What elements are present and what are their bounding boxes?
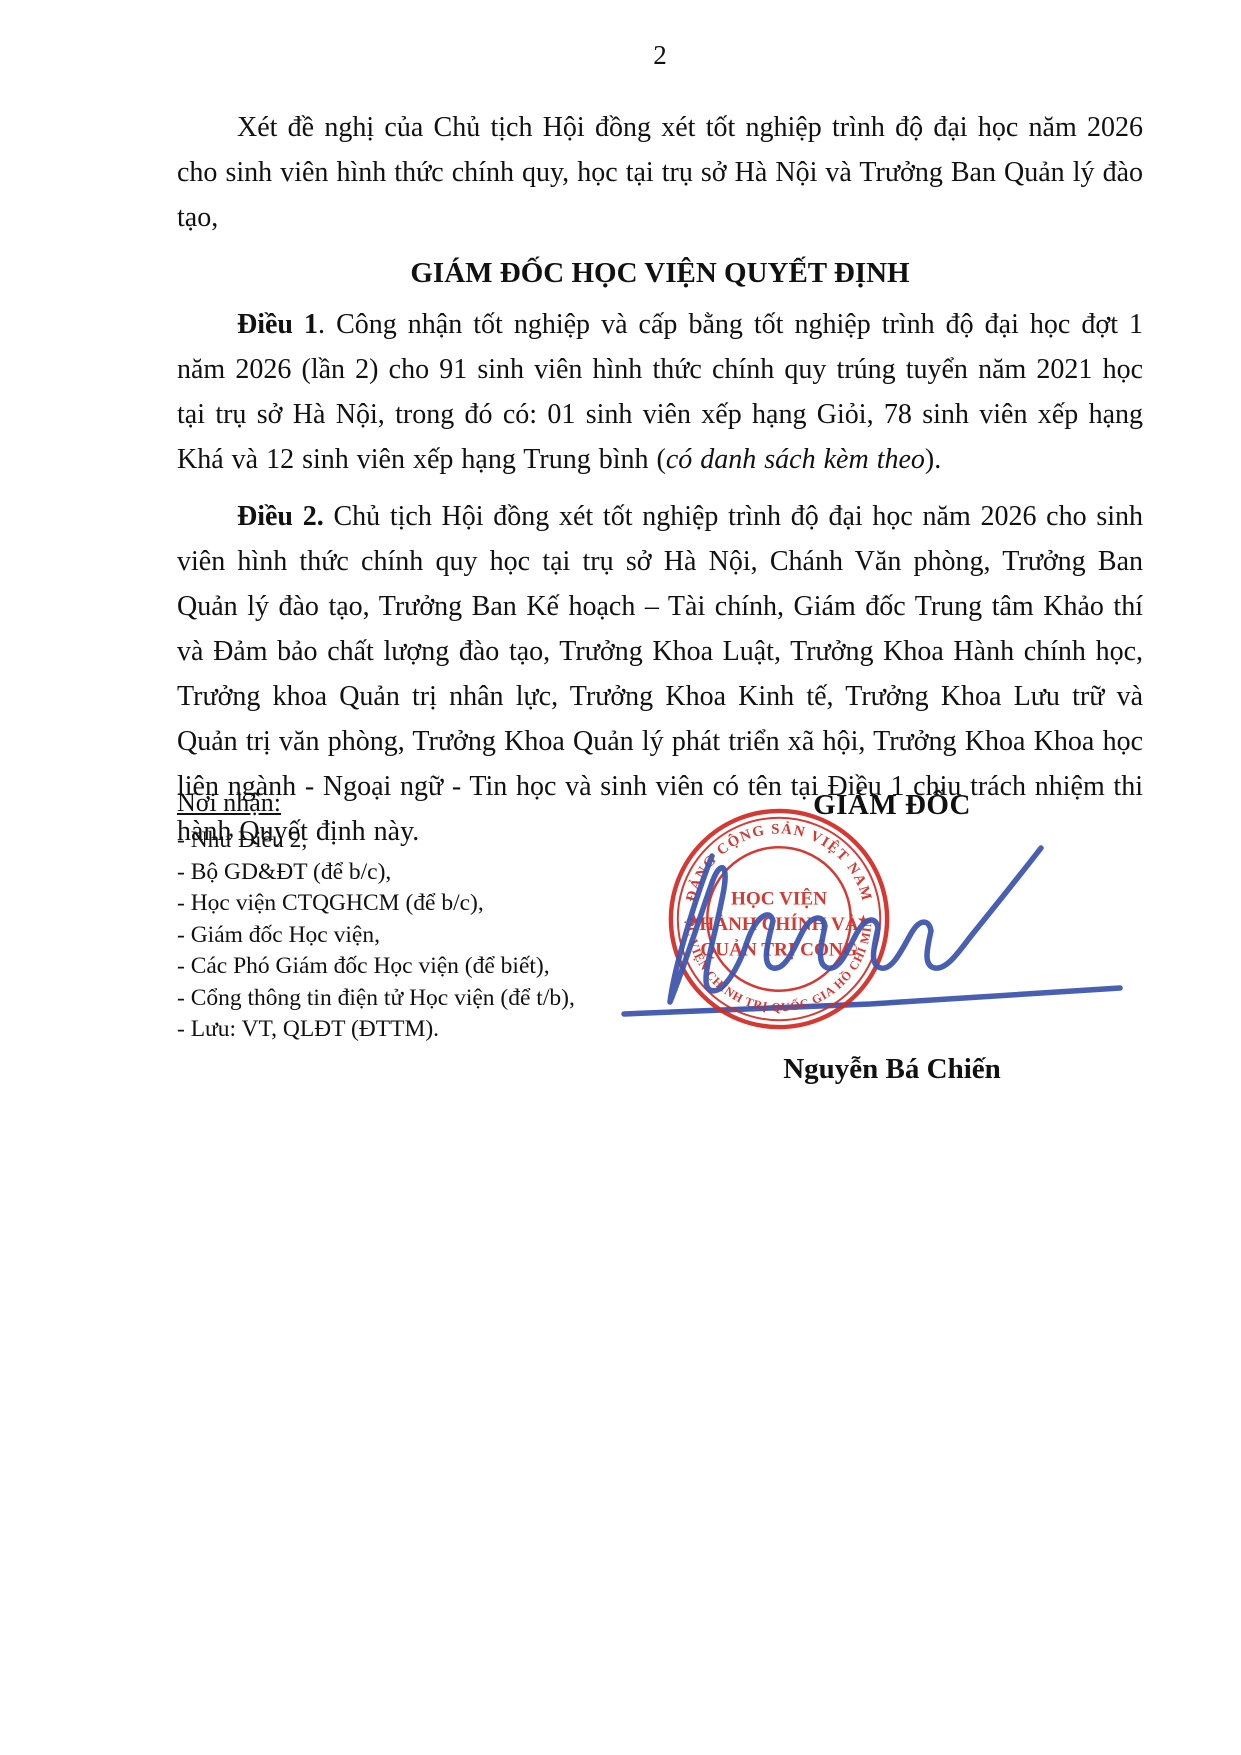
article-1-paragraph: Điều 1. Công nhận tốt nghiệp và cấp bằng… [177,302,1143,482]
page-number: 2 [177,40,1143,71]
signer-name: Nguyễn Bá Chiến [742,1053,1042,1086]
recipient-item: - Học viện CTQGHCM (để b/c), [177,888,575,920]
recipient-item: - Bộ GD&ĐT (để b/c), [177,857,575,889]
recipients-block: Nơi nhận: - Như Điều 2, - Bộ GD&ĐT (để b… [177,788,575,1046]
article-1-italic-note: có danh sách kèm theo [666,444,925,475]
document-body: 2 Xét đề nghị của Chủ tịch Hội đồng xét … [177,40,1143,866]
signature-ink [600,818,1140,1028]
recipients-title: Nơi nhận: [177,788,575,818]
intro-paragraph: Xét đề nghị của Chủ tịch Hội đồng xét tố… [177,105,1143,240]
article-1-text-end: ). [925,444,941,475]
article-2-label: Điều 2. [237,501,324,532]
intro-text: Xét đề nghị của Chủ tịch Hội đồng xét tố… [177,112,1143,233]
recipient-item: - Như Điều 2, [177,825,575,857]
recipient-item: - Lưu: VT, QLĐT (ĐTTM). [177,1014,575,1046]
signature-footer: Nơi nhận: - Như Điều 2, - Bộ GD&ĐT (để b… [0,764,1241,1755]
article-1-text: . Công nhận tốt nghiệp và cấp bằng tốt n… [177,309,1143,475]
recipient-item: - Giám đốc Học viện, [177,920,575,952]
document-page: 2 Xét đề nghị của Chủ tịch Hội đồng xét … [0,0,1241,1755]
article-1-label: Điều 1 [237,309,318,340]
recipient-item: - Các Phó Giám đốc Học viện (để biết), [177,951,575,983]
decree-heading: GIÁM ĐỐC HỌC VIỆN QUYẾT ĐỊNH [177,256,1143,290]
recipient-item: - Cổng thông tin điện tử Học viện (để t/… [177,983,575,1015]
